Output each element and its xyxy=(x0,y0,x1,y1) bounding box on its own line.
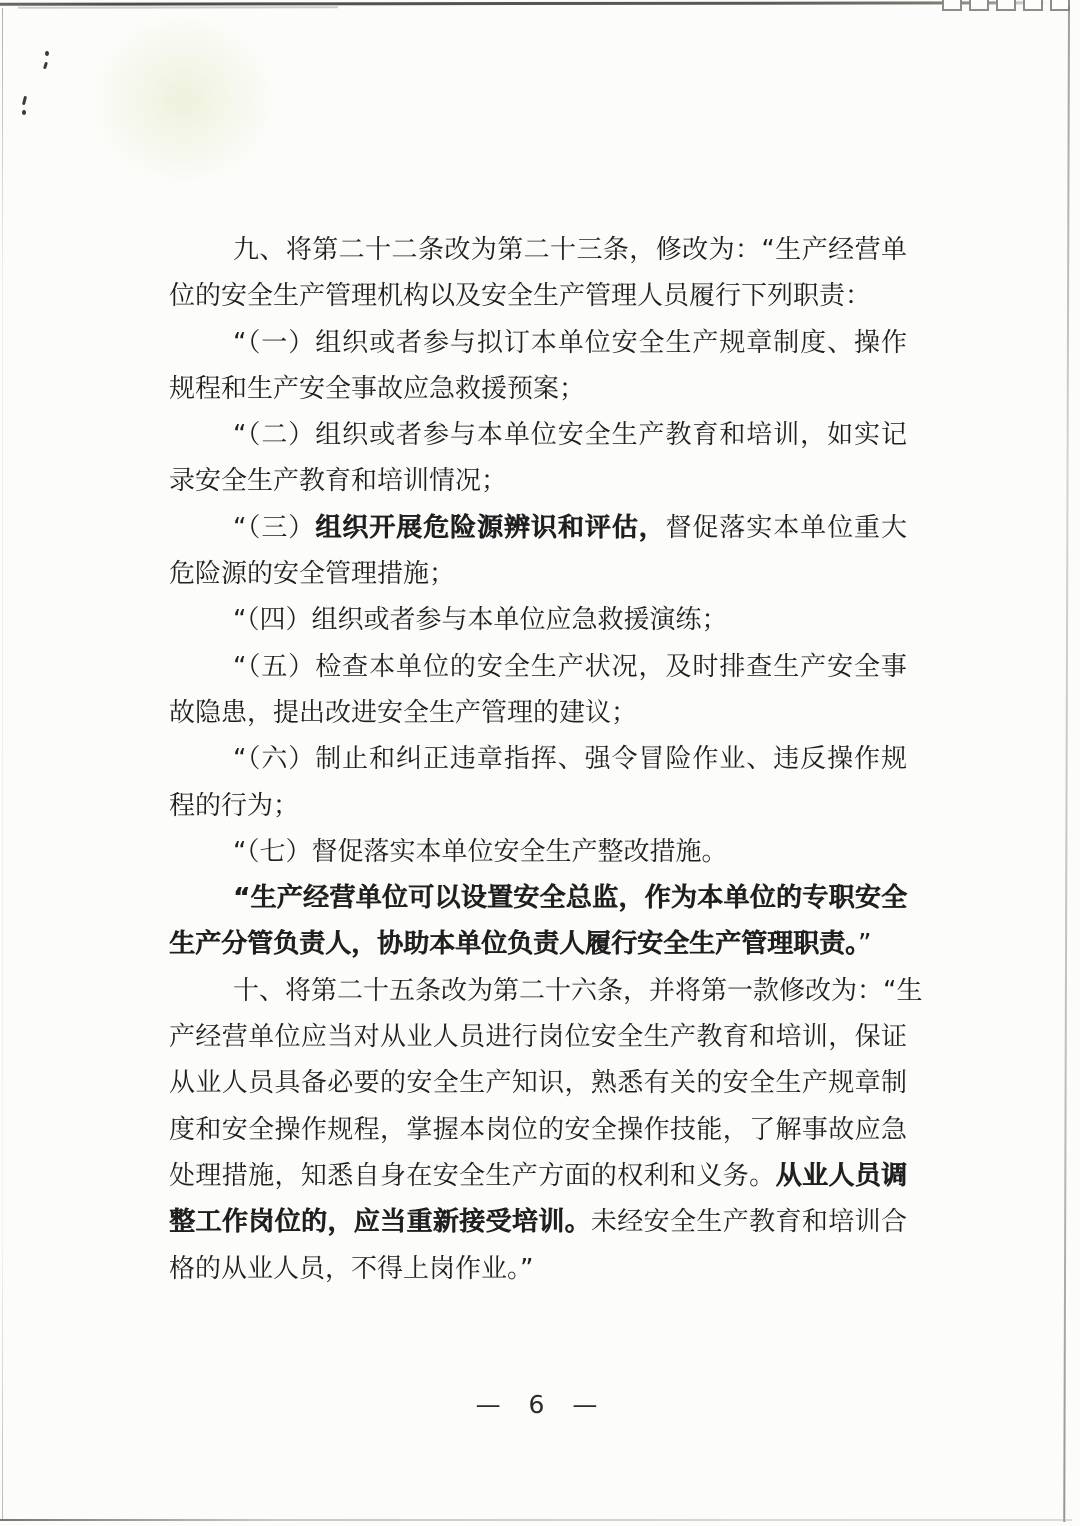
bold-text-segment: “生产经营单位可以设置安全总监，作为本单位的专职安全 xyxy=(233,883,907,913)
text-line: 从业人员具备必要的安全生产知识，熟悉有关的安全生产规章制 xyxy=(169,1060,907,1106)
text-line: “（五）检查本单位的安全生产状况，及时排查生产安全事 xyxy=(169,644,907,690)
text-line: 生产分管负责人，协助本单位负责人履行安全生产管理职责。” xyxy=(169,921,907,967)
ink-speck-artifact xyxy=(45,51,49,56)
text-line: “（三）组织开展危险源辨识和评估，督促落实本单位重大 xyxy=(169,505,907,551)
text-line: “（六）制止和纠正违章指挥、强令冒险作业、违反操作规 xyxy=(169,736,907,782)
perforation-stub xyxy=(942,0,962,11)
text-segment: “（七）督促落实本单位安全生产整改措施。 xyxy=(233,837,727,867)
text-line: 十、将第二十五条改为第二十六条，并将第一款修改为：“生 xyxy=(169,968,907,1014)
text-line: 危险源的安全管理措施； xyxy=(169,551,907,597)
text-line: “（七）督促落实本单位安全生产整改措施。 xyxy=(169,829,907,875)
text-segment: 处理措施，知悉自身在安全生产方面的权利和义务。 xyxy=(169,1161,776,1191)
text-segment: “（三） xyxy=(233,513,315,543)
text-segment: 未经安全生产教育和培训合 xyxy=(591,1207,907,1237)
text-segment: “（二）组织或者参与本单位安全生产教育和培训，如实记 xyxy=(233,420,907,450)
text-segment: 位的安全生产管理机构以及安全生产管理人员履行下列职责： xyxy=(169,281,871,311)
document-text-block: 九、将第二十二条改为第二十三条，修改为：“生产经营单位的安全生产管理机构以及安全… xyxy=(169,227,907,1292)
text-segment: 录安全生产教育和培训情况； xyxy=(169,466,507,496)
page-left-edge-artifact xyxy=(2,8,3,1520)
text-segment: 程的行为； xyxy=(169,791,299,821)
ink-speck-artifact xyxy=(43,62,48,70)
binding-perforations-artifact xyxy=(942,0,1070,11)
perforation-stub xyxy=(1023,0,1043,11)
text-line: 整工作岗位的，应当重新接受培训。未经安全生产教育和培训合 xyxy=(169,1199,907,1245)
text-line: 度和安全操作规程，掌握本岗位的安全操作技能，了解事故应急 xyxy=(169,1107,907,1153)
scan-top-edge-artifact xyxy=(0,1,1080,6)
text-segment: 督促落实本单位重大 xyxy=(665,513,907,543)
text-line: 录安全生产教育和培训情况； xyxy=(169,458,907,504)
text-segment: 九、将第二十二条改为第二十三条，修改为：“生产经营单 xyxy=(233,235,907,265)
text-segment: 从业人员具备必要的安全生产知识，熟悉有关的安全生产规章制 xyxy=(169,1068,907,1098)
text-line: “生产经营单位可以设置安全总监，作为本单位的专职安全 xyxy=(169,875,907,921)
text-line: 格的从业人员，不得上岗作业。” xyxy=(169,1246,907,1292)
bold-text-segment: 生产分管负责人，协助本单位负责人履行安全生产管理职责。 xyxy=(169,929,858,959)
page-number: — 6 — xyxy=(169,1390,907,1419)
text-segment: “（五）检查本单位的安全生产状况，及时排查生产安全事 xyxy=(233,652,907,682)
text-segment: 产经营单位应当对从业人员进行岗位安全生产教育和培训，保证 xyxy=(169,1022,907,1052)
bold-text-segment: 组织开展危险源辨识和评估， xyxy=(315,513,665,543)
text-segment: 度和安全操作规程，掌握本岗位的安全操作技能，了解事故应急 xyxy=(169,1115,907,1145)
text-segment: 危险源的安全管理措施； xyxy=(169,559,455,589)
text-segment: “（一）组织或者参与拟订本单位安全生产规章制度、操作 xyxy=(233,328,907,358)
text-line: 程的行为； xyxy=(169,783,907,829)
text-segment: “（六）制止和纠正违章指挥、强令冒险作业、违反操作规 xyxy=(233,744,907,774)
text-line: 处理措施，知悉自身在安全生产方面的权利和义务。从业人员调 xyxy=(169,1153,907,1199)
scan-tint-artifact xyxy=(88,12,278,187)
text-line: 故隐患，提出改进安全生产管理的建议； xyxy=(169,690,907,736)
bold-text-segment: 整工作岗位的，应当重新接受培训。 xyxy=(169,1207,591,1237)
text-line: “（二）组织或者参与本单位安全生产教育和培训，如实记 xyxy=(169,412,907,458)
perforation-stub xyxy=(996,0,1016,11)
text-line: “（四）组织或者参与本单位应急救援演练； xyxy=(169,597,907,643)
page-bottom-edge-artifact xyxy=(0,1519,1072,1521)
text-segment: 规程和生产安全事故应急救援预案； xyxy=(169,374,585,404)
page-right-edge-artifact xyxy=(1063,6,1069,1522)
text-segment: ” xyxy=(858,929,871,959)
text-segment: “（四）组织或者参与本单位应急救援演练； xyxy=(233,605,727,635)
text-line: 产经营单位应当对从业人员进行岗位安全生产教育和培训，保证 xyxy=(169,1014,907,1060)
text-line: 位的安全生产管理机构以及安全生产管理人员履行下列职责： xyxy=(169,273,907,319)
ink-speck-artifact xyxy=(22,96,27,105)
ink-speck-artifact xyxy=(22,110,26,115)
text-line: 九、将第二十二条改为第二十三条，修改为：“生产经营单 xyxy=(169,227,907,273)
text-segment: 十、将第二十五条改为第二十六条，并将第一款修改为：“生 xyxy=(233,976,922,1006)
perforation-stub xyxy=(969,0,989,11)
text-segment: 故隐患，提出改进安全生产管理的建议； xyxy=(169,698,637,728)
text-segment: 格的从业人员，不得上岗作业。” xyxy=(169,1254,533,1284)
text-line: “（一）组织或者参与拟订本单位安全生产规章制度、操作 xyxy=(169,320,907,366)
bold-text-segment: 从业人员调 xyxy=(776,1161,907,1191)
text-line: 规程和生产安全事故应急救援预案； xyxy=(169,366,907,412)
